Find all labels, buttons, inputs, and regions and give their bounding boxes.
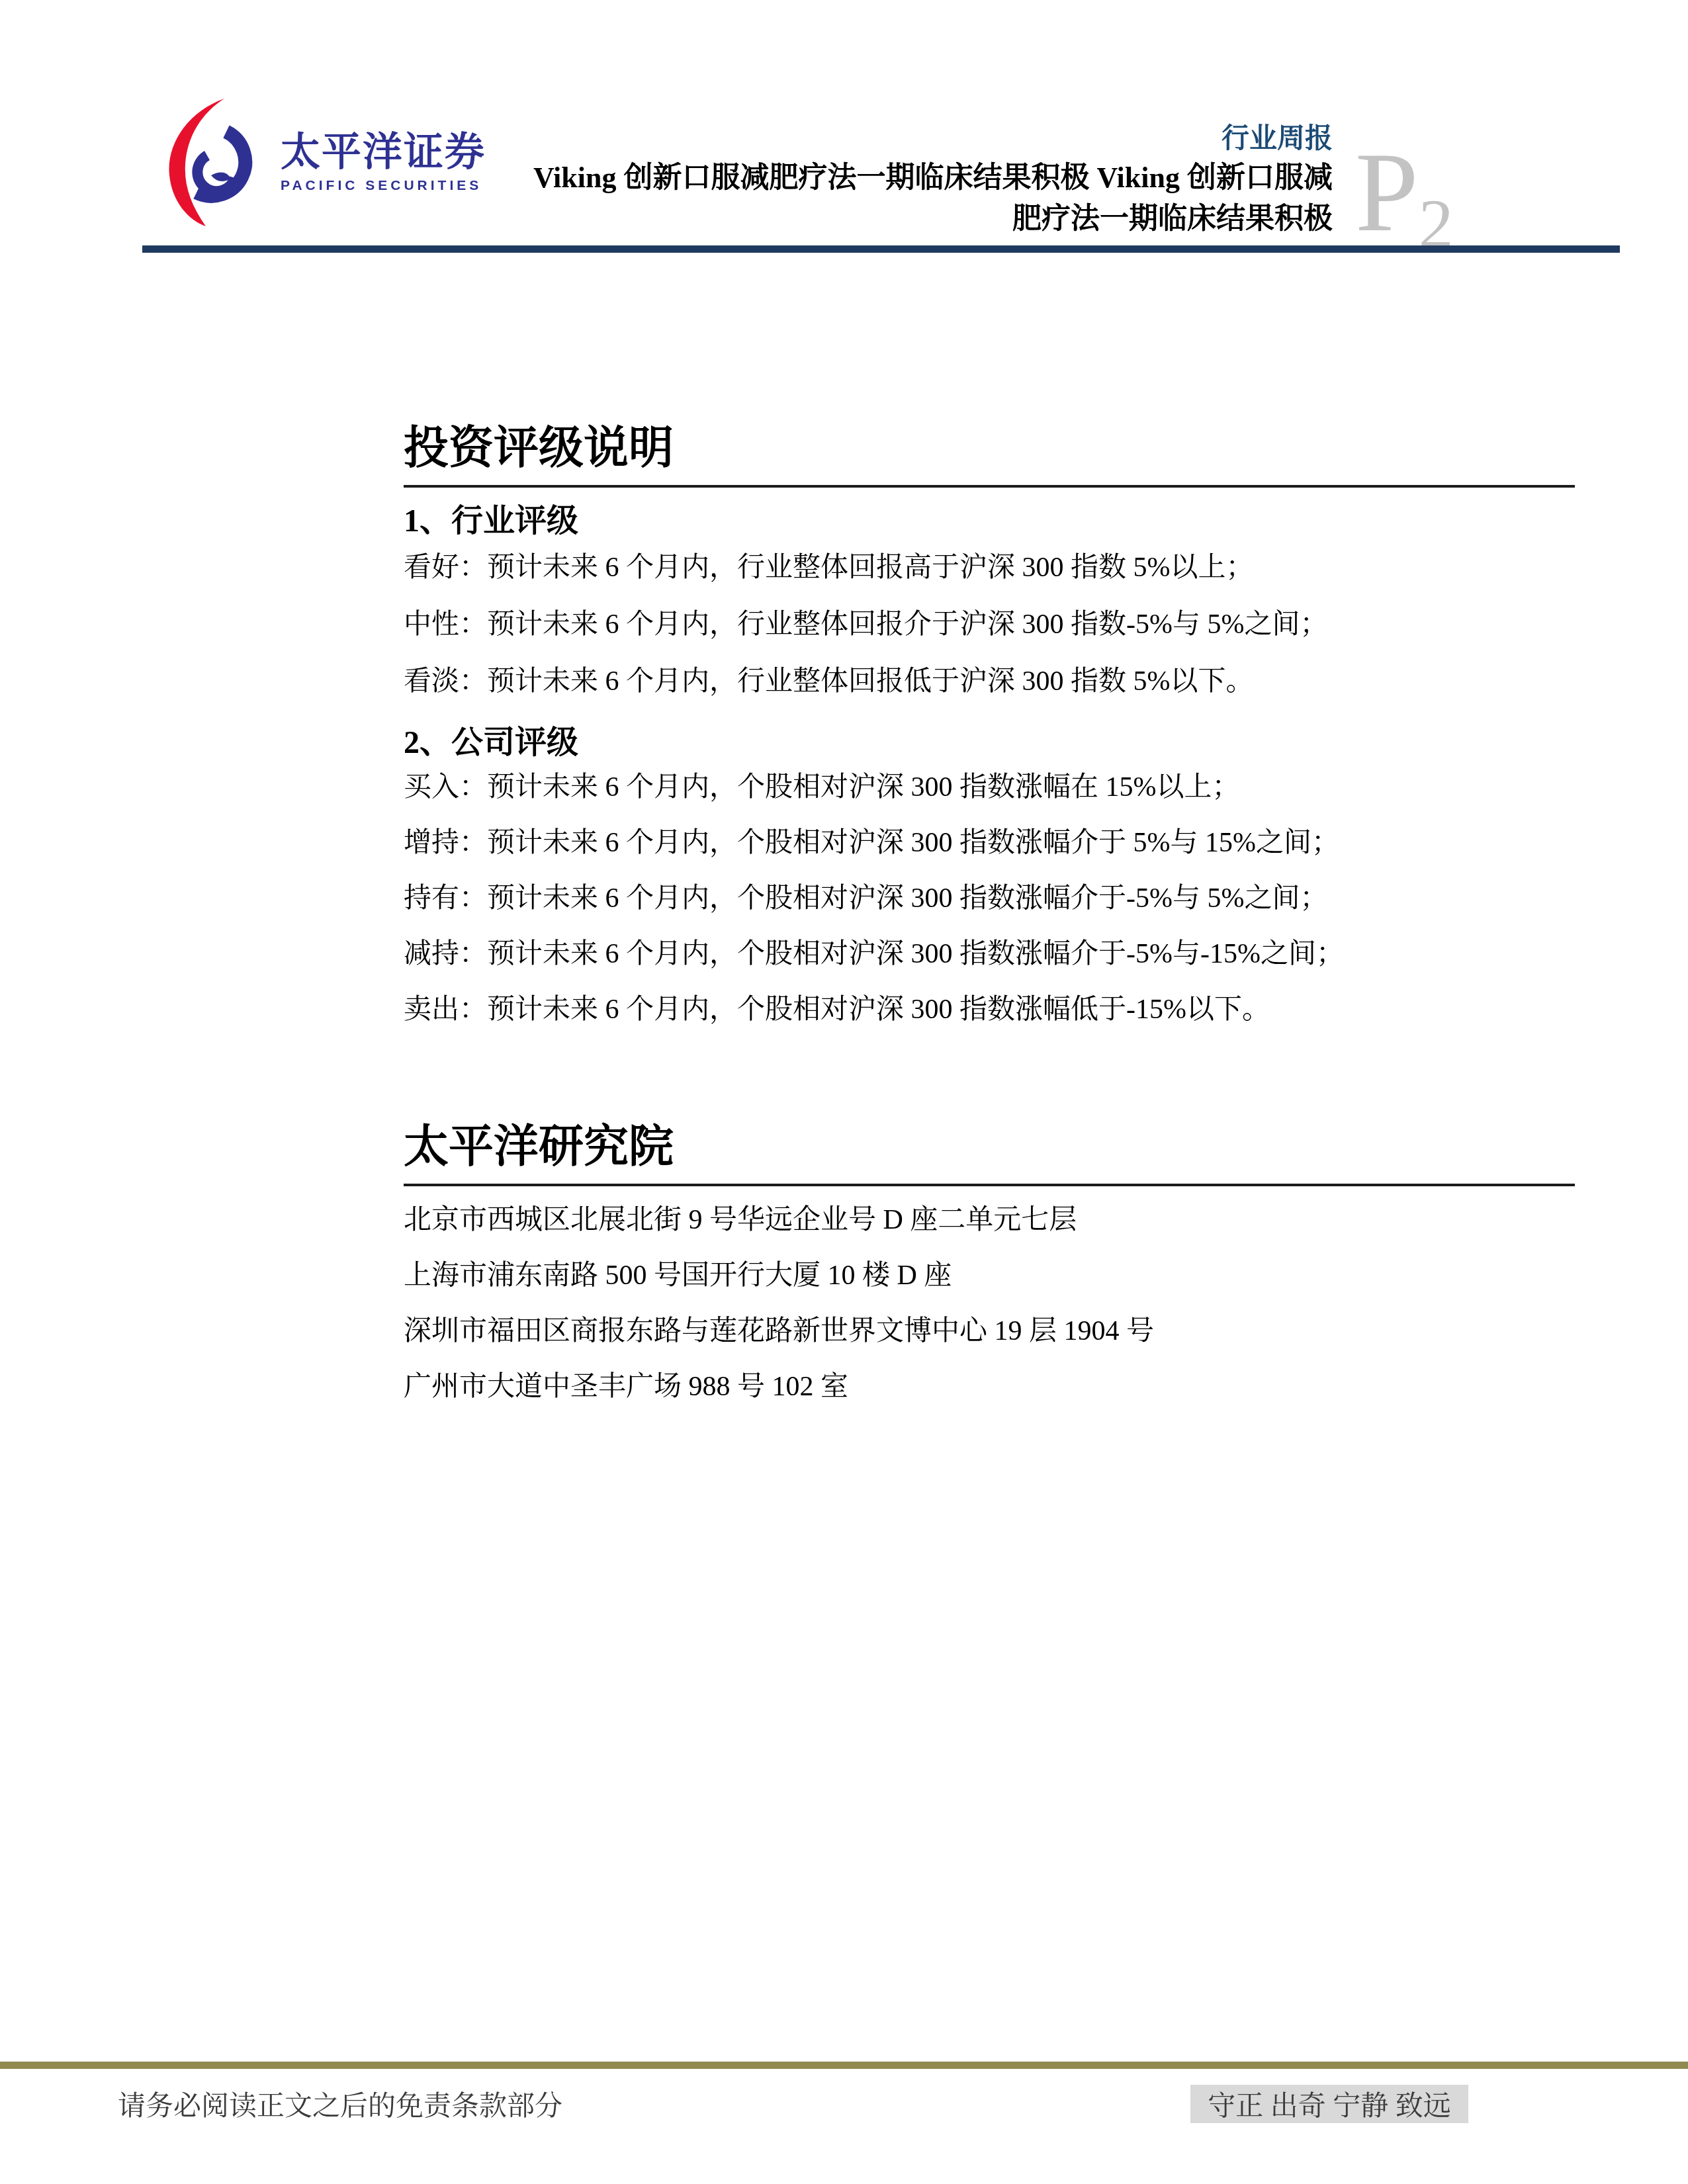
- institute-section-divider: [404, 1184, 1575, 1186]
- company-rating-list: 买入：预计未来 6 个月内，个股相对沪深 300 指数涨幅在 15%以上； 增持…: [404, 760, 1344, 1037]
- company-rating-heading: 2、公司评级: [404, 717, 578, 762]
- rating-section-title: 投资评级说明: [404, 422, 674, 474]
- industry-rating-list: 看好：预计未来 6 个月内，行业整体回报高于沪深 300 指数 5%以上； 中性…: [404, 539, 1327, 710]
- industry-rating-heading: 1、行业评级: [404, 495, 578, 541]
- rating-line: 持有：预计未来 6 个月内，个股相对沪深 300 指数涨幅介于-5%与 5%之间…: [404, 871, 1344, 926]
- company-name-cn: 太平洋证券: [281, 131, 486, 173]
- pacific-logo-icon: [161, 97, 268, 226]
- address-line: 上海市浦东南路 500 号国开行大厦 10 楼 D 座: [404, 1248, 1154, 1303]
- address-line: 广州市大道中圣丰广场 988 号 102 室: [404, 1359, 1154, 1415]
- company-name-en: PACIFIC SECURITIES: [281, 178, 486, 194]
- footer-divider: [0, 2062, 1688, 2069]
- rating-line: 卖出：预计未来 6 个月内，个股相对沪深 300 指数涨幅低于-15%以下。: [404, 982, 1344, 1037]
- header-divider: [142, 245, 1620, 253]
- institute-address-list: 北京市西城区北展北街 9 号华远企业号 D 座二单元七层 上海市浦东南路 500…: [404, 1192, 1154, 1415]
- rating-line: 买入：预计未来 6 个月内，个股相对沪深 300 指数涨幅在 15%以上；: [404, 760, 1344, 815]
- report-type-label: 行业周报: [1222, 116, 1333, 156]
- rating-line: 中性：预计未来 6 个月内，行业整体回报介于沪深 300 指数-5%与 5%之间…: [404, 596, 1327, 653]
- footer-disclaimer: 请务必阅读正文之后的免责条款部分: [118, 2084, 562, 2124]
- footer-motto: 守正 出奇 宁静 致远: [1190, 2085, 1468, 2123]
- report-page: 太平洋证券 PACIFIC SECURITIES 行业周报 Viking 创新口…: [0, 0, 1688, 2184]
- rating-section-divider: [404, 485, 1575, 488]
- report-title: Viking 创新口服减肥疗法一期临床结果积极 Viking 创新口服减 肥疗法…: [533, 157, 1333, 240]
- rating-line: 增持：预计未来 6 个月内，个股相对沪深 300 指数涨幅介于 5%与 15%之…: [404, 815, 1344, 871]
- address-line: 北京市西城区北展北街 9 号华远企业号 D 座二单元七层: [404, 1192, 1154, 1248]
- rating-line: 看淡：预计未来 6 个月内，行业整体回报低于沪深 300 指数 5%以下。: [404, 653, 1327, 710]
- rating-line: 看好：预计未来 6 个月内，行业整体回报高于沪深 300 指数 5%以上；: [404, 539, 1327, 596]
- rating-line: 减持：预计未来 6 个月内，个股相对沪深 300 指数涨幅介于-5%与-15%之…: [404, 926, 1344, 982]
- page-number: P2: [1355, 136, 1454, 259]
- institute-section-title: 太平洋研究院: [404, 1121, 674, 1172]
- address-line: 深圳市福田区商报东路与莲花路新世界文博中心 19 层 1904 号: [404, 1303, 1154, 1359]
- logo-wordmark: 太平洋证券 PACIFIC SECURITIES: [281, 131, 486, 194]
- report-title-line1: Viking 创新口服减肥疗法一期临床结果积极 Viking 创新口服减: [533, 157, 1333, 198]
- report-title-line2: 肥疗法一期临床结果积极: [533, 198, 1333, 240]
- page-number-letter: P: [1355, 130, 1419, 255]
